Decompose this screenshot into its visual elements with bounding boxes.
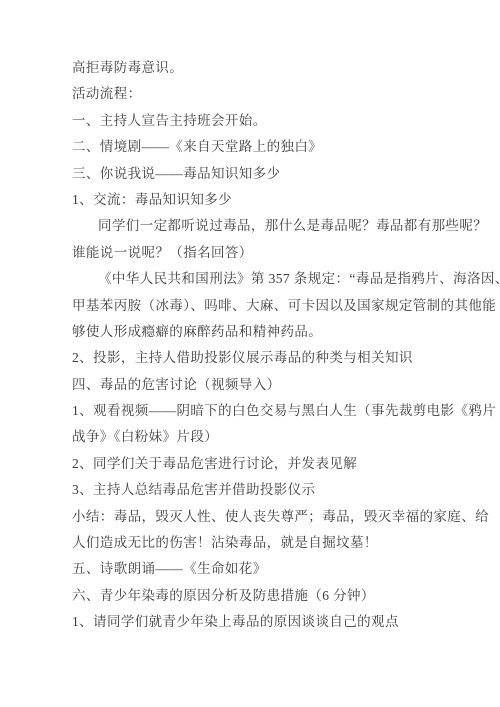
document-line: 一、主持人宣告主持班会开始。 [72, 108, 474, 134]
document-line: 小结：毒品，毁灭人性、使人丧失尊严；毒品，毁灭幸福的家庭、给 [72, 504, 474, 530]
document-line: 二、情境剧——《来自天堂路上的独白》 [72, 134, 474, 160]
document-line: 3、主持人总结毒品危害并借助投影仪示 [72, 477, 474, 503]
document-line: 四、毒品的危害讨论（视频导入） [72, 372, 474, 398]
document-line: 战争》《白粉妹》片段） [72, 424, 474, 450]
document-line: 够使人形成瘾癖的麻醉药品和精神药品。 [72, 319, 474, 345]
document-line: 六、青少年染毒的原因分析及防患措施（6 分钟） [72, 583, 474, 609]
document-page: 高拒毒防毒意识。 活动流程： 一、主持人宣告主持班会开始。 二、情境剧——《来自… [0, 0, 500, 707]
document-line: 三、你说我说——毒品知识知多少 [72, 161, 474, 187]
document-line: 甲基苯丙胺（冰毒）、吗啡、大麻、可卡因以及国家规定管制的其他能 [72, 293, 474, 319]
document-line: 活动流程： [72, 81, 474, 107]
document-line: 2、投影，主持人借助投影仪展示毒品的种类与相关知识 [72, 345, 474, 371]
document-line: 同学们一定都听说过毒品，那什么是毒品呢？毒品都有那些呢？ [72, 213, 474, 239]
document-line: 1、观看视频——阴暗下的白色交易与黑白人生（事先裁剪电影《鸦片 [72, 398, 474, 424]
document-line: 人们造成无比的伤害！沾染毒品，就是自掘坟墓！ [72, 530, 474, 556]
document-line: 《中华人民共和国刑法》第 357 条规定：“毒品是指鸦片、海洛因、 [72, 266, 474, 292]
document-line: 谁能说一说呢？（指名回答） [72, 240, 474, 266]
document-line: 1、请同学们就青少年染上毒品的原因谈谈自己的观点 [72, 609, 474, 635]
document-line: 2、同学们关于毒品危害进行讨论，并发表见解 [72, 451, 474, 477]
document-line: 高拒毒防毒意识。 [72, 55, 474, 81]
document-line: 五、诗歌朗诵——《生命如花》 [72, 556, 474, 582]
document-line: 1、交流：毒品知识知多少 [72, 187, 474, 213]
